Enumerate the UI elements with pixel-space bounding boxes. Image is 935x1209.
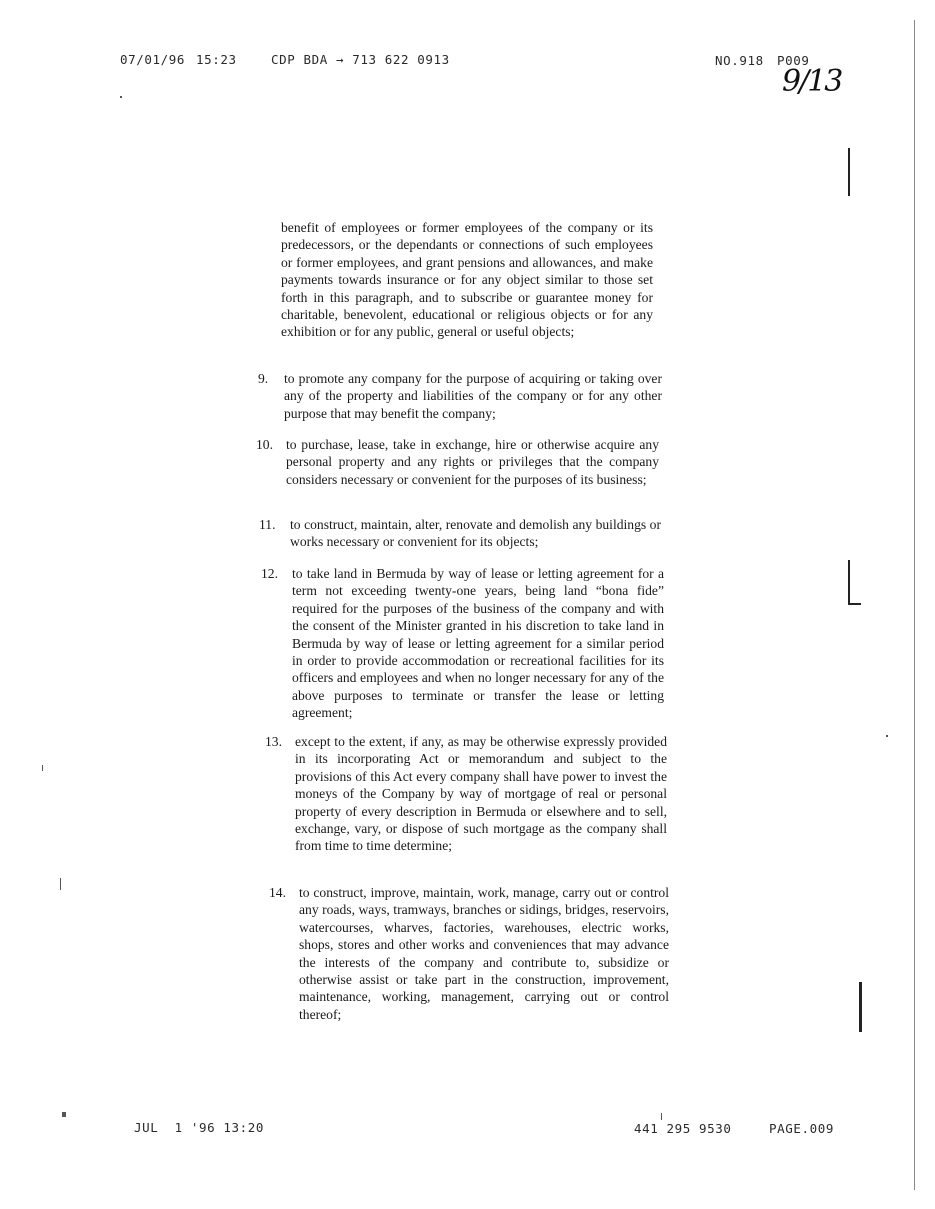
fax-header-time: 15:23 [196,52,237,67]
clause-text: to construct, maintain, alter, renovate … [290,516,661,551]
fax-header-job-number: NO.918 [715,53,764,68]
clause-text: to construct, improve, maintain, work, m… [299,884,669,1023]
continuation-text: benefit of employees or former employees… [281,219,653,341]
fax-footer-datetime: JUL 1 '96 13:20 [134,1120,264,1135]
margin-bracket-mark [848,603,861,605]
clause-number: 10. [256,436,273,453]
margin-bar-mark [859,982,862,1032]
clause-number: 13. [265,733,282,750]
clause-text: to take land in Bermuda by way of lease … [292,565,664,722]
clause-text: except to the extent, if any, as may be … [295,733,667,855]
clause-13: 13. except to the extent, if any, as may… [265,733,667,855]
scan-speck [60,878,61,890]
handwritten-page-count: 9/13 [782,64,841,99]
fax-header-date: 07/01/96 [120,52,185,67]
clause-text: to purchase, lease, take in exchange, hi… [286,436,659,488]
clause-number: 12. [261,565,278,582]
clause-text: to promote any company for the purpose o… [284,370,662,422]
page-edge-line [914,20,915,1190]
margin-bracket-mark [848,148,850,196]
fax-footer-phone: 441 295 9530 [634,1121,732,1136]
clause-number: 14. [269,884,286,901]
fax-header-route: CDP BDA → 713 622 0913 [271,52,450,67]
scan-speck [661,1113,662,1120]
clause-10: 10. to purchase, lease, take in exchange… [256,436,659,488]
clause-14: 14. to construct, improve, maintain, wor… [269,884,669,1023]
scan-speck [886,735,888,737]
clause-11: 11. to construct, maintain, alter, renov… [259,516,661,551]
scan-speck [62,1112,66,1117]
clause-12: 12. to take land in Bermuda by way of le… [261,565,664,722]
clause-number: 9. [258,370,268,387]
clause-9: 9. to promote any company for the purpos… [258,370,662,422]
clause-number: 11. [259,516,276,533]
scan-speck [42,765,43,771]
fax-footer-page: PAGE.009 [769,1121,834,1136]
continuation-paragraph: benefit of employees or former employees… [281,219,653,341]
scan-speck [120,96,122,98]
margin-bracket-mark [848,560,850,605]
